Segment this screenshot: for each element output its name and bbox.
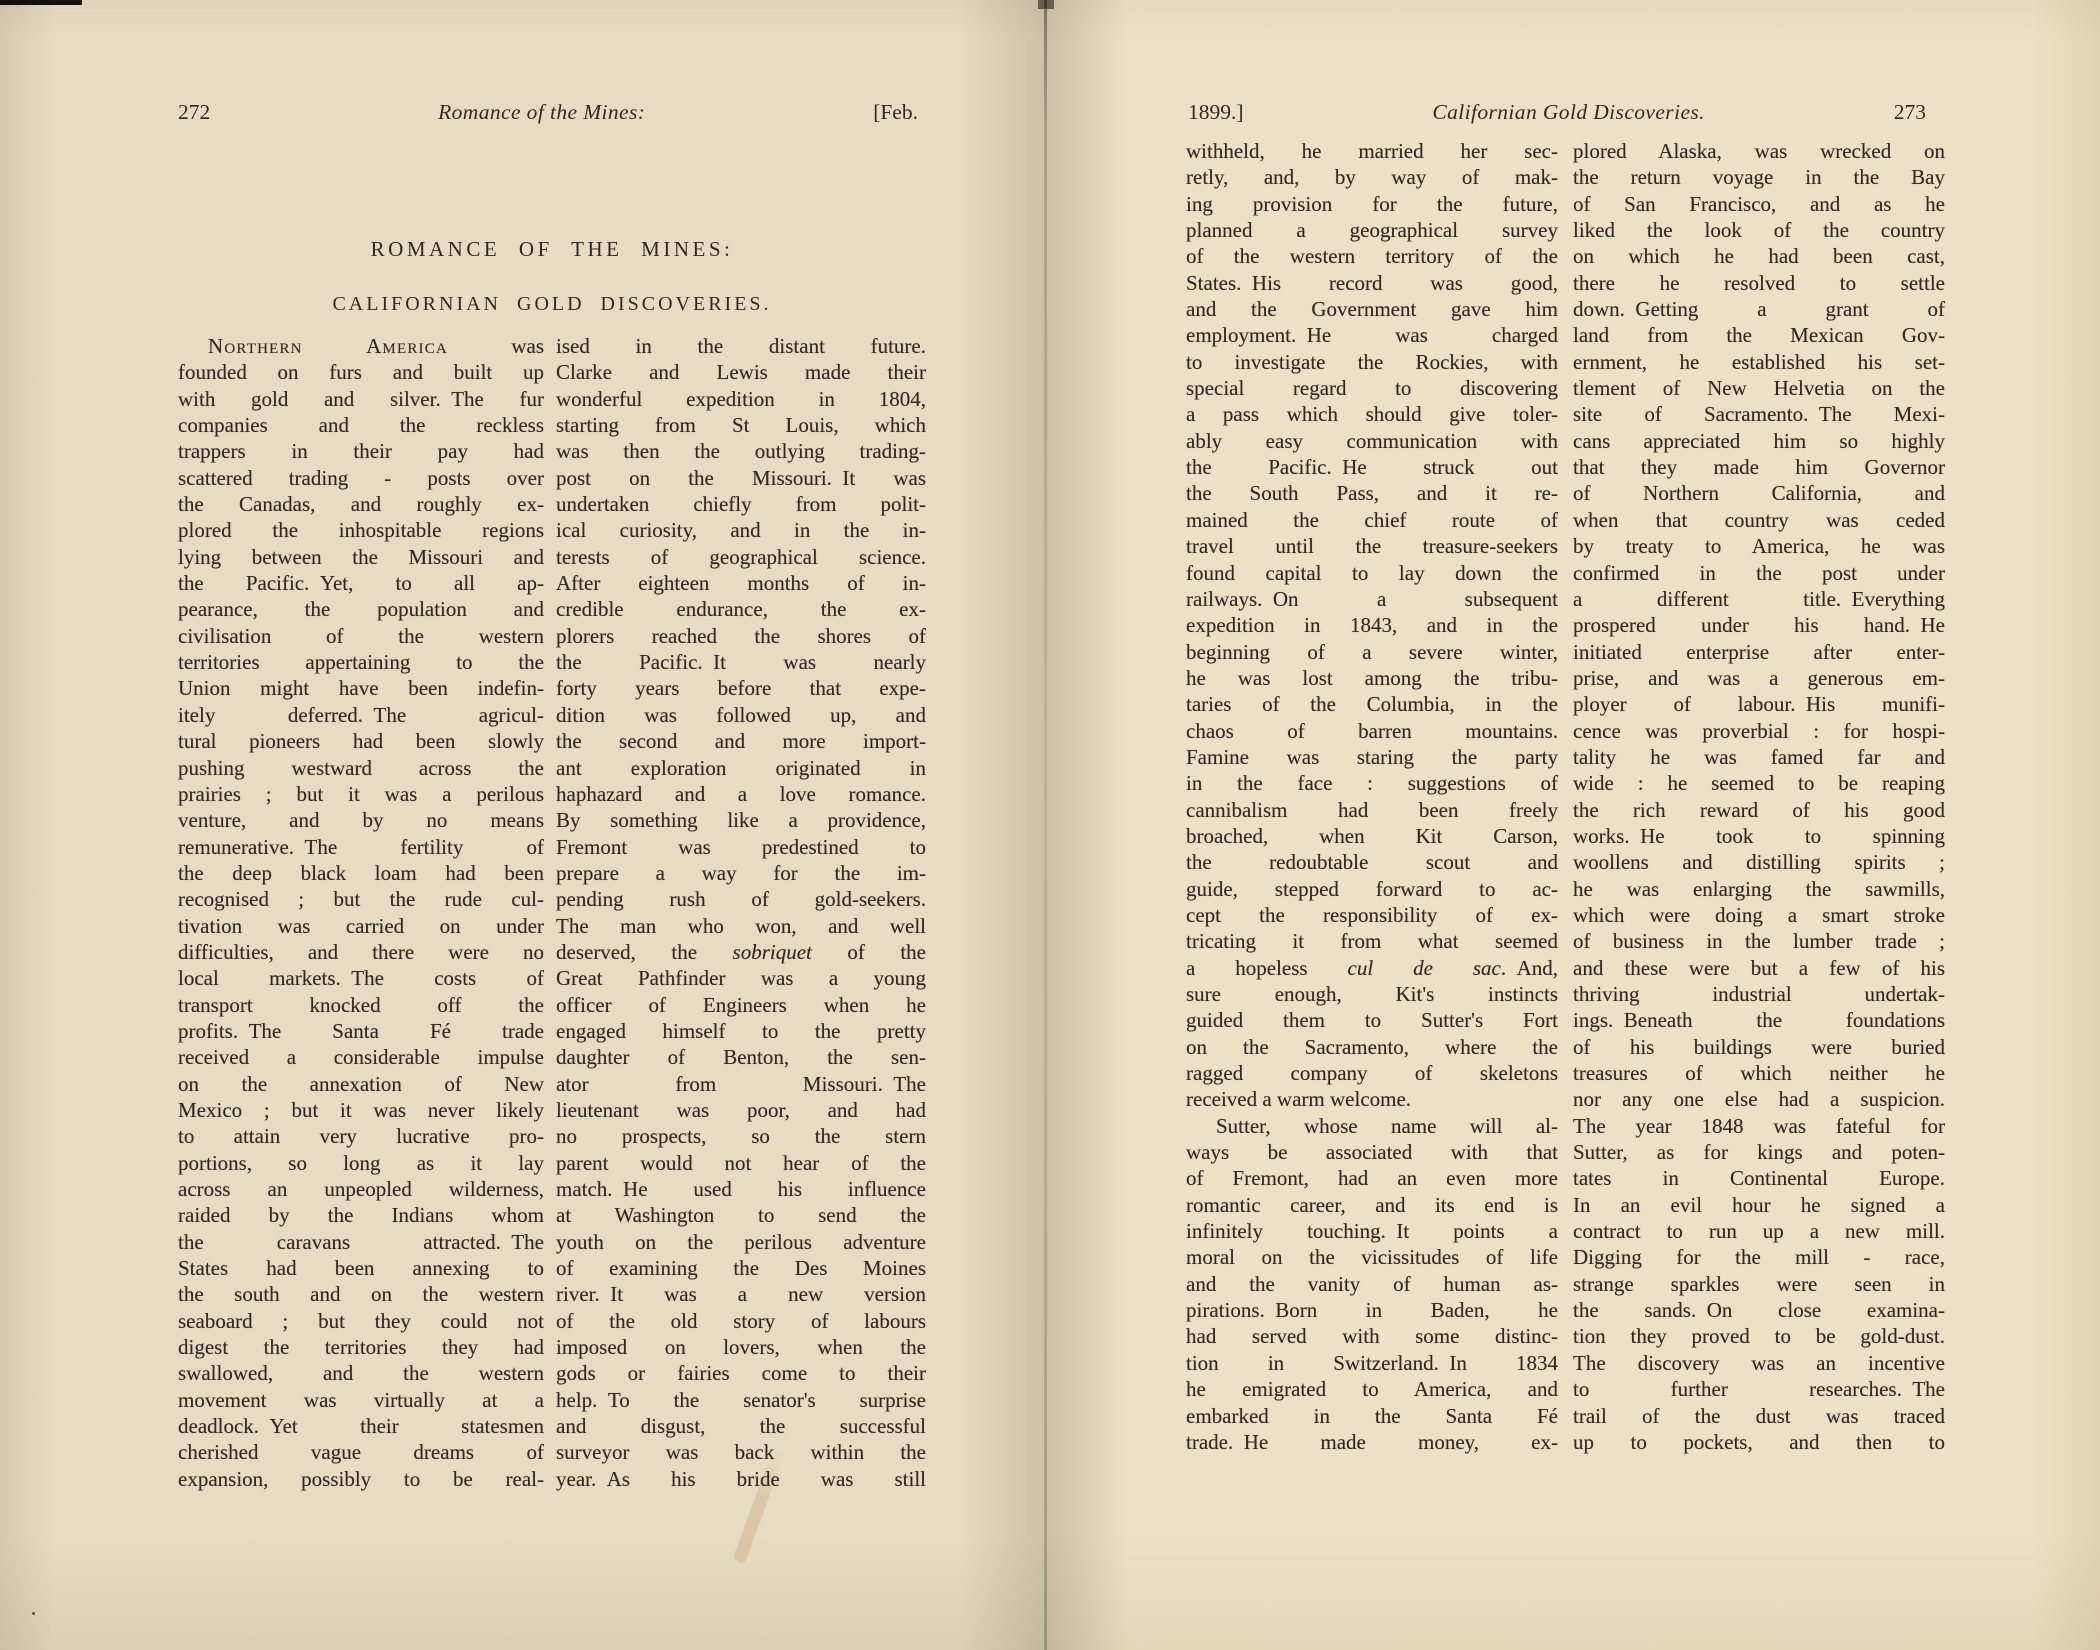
text-line: youth on the perilous adventure bbox=[556, 1229, 926, 1255]
text-line: ised in the distant future. bbox=[556, 333, 926, 359]
text-line: was then the outlying trading- bbox=[556, 438, 926, 464]
text-line: gods or fairies come to their bbox=[556, 1360, 926, 1386]
text-line: a hopeless cul de sac. And, bbox=[1186, 955, 1558, 981]
text-line: ways be associated with that bbox=[1186, 1139, 1558, 1165]
text-line: mained the chief route of bbox=[1186, 507, 1558, 533]
text-line: beginning of a severe winter, bbox=[1186, 639, 1558, 665]
text-line: the south and on the western bbox=[178, 1281, 544, 1307]
text-line: contract to run up a new mill. bbox=[1573, 1218, 1945, 1244]
text-line: Clarke and Lewis made their bbox=[556, 359, 926, 385]
text-line: nor any one else had a suspicion. bbox=[1573, 1086, 1945, 1112]
year-marker: 1899.] bbox=[1188, 100, 1244, 125]
text-line: and these were but a few of his bbox=[1573, 955, 1945, 981]
text-line: on the Sacramento, where the bbox=[1186, 1034, 1558, 1060]
text-line: of his buildings were buried bbox=[1573, 1034, 1945, 1060]
text-line: of Fremont, had an even more bbox=[1186, 1165, 1558, 1191]
text-line: of the western territory of the bbox=[1186, 243, 1558, 269]
text-line: year. As his bride was still bbox=[556, 1466, 926, 1492]
right-page-column-1: withheld, he married her sec-retly, and,… bbox=[1186, 138, 1558, 1455]
text-line: received a warm welcome. bbox=[1186, 1086, 1558, 1112]
text-line: with gold and silver. The fur bbox=[178, 386, 544, 412]
text-line: ant exploration originated in bbox=[556, 755, 926, 781]
text-line: movement was virtually at a bbox=[178, 1387, 544, 1413]
text-line: liked the look of the country bbox=[1573, 217, 1945, 243]
text-line: that they made him Governor bbox=[1573, 454, 1945, 480]
left-page-column-1: Northern America wasfounded on furs and … bbox=[178, 333, 544, 1492]
text-line: cherished vague dreams of bbox=[178, 1439, 544, 1465]
text-line: tural pioneers had been slowly bbox=[178, 728, 544, 754]
text-line: territories appertaining to the bbox=[178, 649, 544, 675]
text-line: Sutter, whose name will al- bbox=[1186, 1113, 1558, 1139]
text-line: infinitely touching. It points a bbox=[1186, 1218, 1558, 1244]
text-line: the Pacific. Yet, to all ap- bbox=[178, 570, 544, 596]
text-line: which were doing a smart stroke bbox=[1573, 902, 1945, 928]
text-line: trade. He made money, ex- bbox=[1186, 1429, 1558, 1455]
text-line: cannibalism had been freely bbox=[1186, 797, 1558, 823]
text-line: there he resolved to settle bbox=[1573, 270, 1945, 296]
text-line: thriving industrial undertak- bbox=[1573, 981, 1945, 1007]
text-line: difficulties, and there were no bbox=[178, 939, 544, 965]
text-line: by treaty to America, he was bbox=[1573, 533, 1945, 559]
text-line: embarked in the Santa Fé bbox=[1186, 1403, 1558, 1429]
text-line: tivation was carried on under bbox=[178, 913, 544, 939]
text-line: the second and more import- bbox=[556, 728, 926, 754]
text-line: raided by the Indians whom bbox=[178, 1202, 544, 1228]
text-line: wonderful expedition in 1804, bbox=[556, 386, 926, 412]
text-line: seaboard ; but they could not bbox=[178, 1308, 544, 1334]
right-running-head: 1899.] Californian Gold Discoveries. 273 bbox=[1188, 100, 1926, 125]
text-line: and disgust, the successful bbox=[556, 1413, 926, 1439]
text-line: special regard to discovering bbox=[1186, 375, 1558, 401]
text-line: ernment, he established his set- bbox=[1573, 349, 1945, 375]
text-line: a different title. Everything bbox=[1573, 586, 1945, 612]
text-line: he was enlarging the sawmills, bbox=[1573, 876, 1945, 902]
page-number: 273 bbox=[1894, 100, 1926, 125]
text-line: Sutter, as for kings and poten- bbox=[1573, 1139, 1945, 1165]
text-line: haphazard and a love romance. bbox=[556, 781, 926, 807]
text-line: wide : he seemed to be reaping bbox=[1573, 770, 1945, 796]
book-gutter-crease bbox=[1044, 0, 1047, 1650]
page-number: 272 bbox=[178, 100, 210, 125]
text-line: tality he was famed far and bbox=[1573, 744, 1945, 770]
text-line: starting from St Louis, which bbox=[556, 412, 926, 438]
text-line: Famine was staring the party bbox=[1186, 744, 1558, 770]
text-line: planned a geographical survey bbox=[1186, 217, 1558, 243]
text-line: The year 1848 was fateful for bbox=[1573, 1113, 1945, 1139]
text-line: of examining the Des Moines bbox=[556, 1255, 926, 1281]
text-line: plorers reached the shores of bbox=[556, 623, 926, 649]
text-line: and the Government gave him bbox=[1186, 296, 1558, 322]
text-line: a pass which should give toler- bbox=[1186, 401, 1558, 427]
text-line: up to pockets, and then to bbox=[1573, 1429, 1945, 1455]
text-line: found capital to lay down the bbox=[1186, 560, 1558, 586]
text-line: pushing westward across the bbox=[178, 755, 544, 781]
text-line: cence was proverbial : for hospi- bbox=[1573, 718, 1945, 744]
text-line: The man who won, and well bbox=[556, 913, 926, 939]
text-line: pirations. Born in Baden, he bbox=[1186, 1297, 1558, 1323]
text-line: credible endurance, the ex- bbox=[556, 596, 926, 622]
text-line: ragged company of skeletons bbox=[1186, 1060, 1558, 1086]
text-line: of the old story of labours bbox=[556, 1308, 926, 1334]
text-line: pearance, the population and bbox=[178, 596, 544, 622]
text-line: the Pacific. It was nearly bbox=[556, 649, 926, 675]
text-line: guide, stepped forward to ac- bbox=[1186, 876, 1558, 902]
text-line: the rich reward of his good bbox=[1573, 797, 1945, 823]
text-line: parent would not hear of the bbox=[556, 1150, 926, 1176]
text-line: prospered under his hand. He bbox=[1573, 612, 1945, 638]
book-scan-spread: { "colors": { "paper_left": "#e6dcc3", "… bbox=[0, 0, 2100, 1650]
text-line: woollens and distilling spirits ; bbox=[1573, 849, 1945, 875]
text-line: guided them to Sutter's Fort bbox=[1186, 1007, 1558, 1033]
text-line: scattered trading - posts over bbox=[178, 465, 544, 491]
text-line: the deep black loam had been bbox=[178, 860, 544, 886]
text-line: match. He used his influence bbox=[556, 1176, 926, 1202]
text-line: the redoubtable scout and bbox=[1186, 849, 1558, 875]
text-line: In an evil hour he signed a bbox=[1573, 1192, 1945, 1218]
text-line: to attain very lucrative pro- bbox=[178, 1123, 544, 1149]
text-line: prepare a way for the im- bbox=[556, 860, 926, 886]
text-line: he was lost among the tribu- bbox=[1186, 665, 1558, 691]
text-line: in the face : suggestions of bbox=[1186, 770, 1558, 796]
text-line: States. His record was good, bbox=[1186, 270, 1558, 296]
text-line: tion in Switzerland. In 1834 bbox=[1186, 1350, 1558, 1376]
text-line: tates in Continental Europe. bbox=[1573, 1165, 1945, 1191]
paper-speck bbox=[32, 1612, 35, 1615]
text-line: terests of geographical science. bbox=[556, 544, 926, 570]
text-line: the Canadas, and roughly ex- bbox=[178, 491, 544, 517]
text-line: civilisation of the western bbox=[178, 623, 544, 649]
text-line: companies and the reckless bbox=[178, 412, 544, 438]
text-line: land from the Mexican Gov- bbox=[1573, 322, 1945, 348]
text-line: on which he had been cast, bbox=[1573, 243, 1945, 269]
text-line: prise, and was a generous em- bbox=[1573, 665, 1945, 691]
text-line: travel until the treasure-seekers bbox=[1186, 533, 1558, 559]
text-line: ical curiosity, and in the in- bbox=[556, 517, 926, 543]
text-line: portions, so long as it lay bbox=[178, 1150, 544, 1176]
text-line: ing provision for the future, bbox=[1186, 191, 1558, 217]
article-subtitle: CALIFORNIAN GOLD DISCOVERIES. bbox=[178, 293, 926, 316]
text-line: help. To the senator's surprise bbox=[556, 1387, 926, 1413]
text-line: post on the Missouri. It was bbox=[556, 465, 926, 491]
text-line: moral on the vicissitudes of life bbox=[1186, 1244, 1558, 1270]
text-line: lying between the Missouri and bbox=[178, 544, 544, 570]
text-line: transport knocked off the bbox=[178, 992, 544, 1018]
text-line: venture, and by no means bbox=[178, 807, 544, 833]
text-line: the return voyage in the Bay bbox=[1573, 164, 1945, 190]
issue-marker: [Feb. bbox=[873, 100, 918, 125]
text-line: officer of Engineers when he bbox=[556, 992, 926, 1018]
text-line: railways. On a subsequent bbox=[1186, 586, 1558, 612]
right-page-column-2: plored Alaska, was wrecked onthe return … bbox=[1573, 138, 1945, 1455]
text-line: swallowed, and the western bbox=[178, 1360, 544, 1386]
text-line: daughter of Benton, the sen- bbox=[556, 1044, 926, 1070]
text-line: profits. The Santa Fé trade bbox=[178, 1018, 544, 1044]
left-page-column-2: ised in the distant future.Clarke and Le… bbox=[556, 333, 926, 1492]
text-line: recognised ; but the rude cul- bbox=[178, 886, 544, 912]
text-line: Great Pathfinder was a young bbox=[556, 965, 926, 991]
text-line: of San Francisco, and as he bbox=[1573, 191, 1945, 217]
text-line: Mexico ; but it was never likely bbox=[178, 1097, 544, 1123]
text-line: chaos of barren mountains. bbox=[1186, 718, 1558, 744]
text-line: at Washington to send the bbox=[556, 1202, 926, 1228]
text-line: surveyor was back within the bbox=[556, 1439, 926, 1465]
text-line: itely deferred. The agricul- bbox=[178, 702, 544, 728]
text-line: sure enough, Kit's instincts bbox=[1186, 981, 1558, 1007]
text-line: ployer of labour. His munifi- bbox=[1573, 691, 1945, 717]
text-line: across an unpeopled wilderness, bbox=[178, 1176, 544, 1202]
text-line: confirmed in the post under bbox=[1573, 560, 1945, 586]
text-line: prairies ; but it was a perilous bbox=[178, 781, 544, 807]
text-line: Fremont was predestined to bbox=[556, 834, 926, 860]
text-line: had served with some distinc- bbox=[1186, 1323, 1558, 1349]
text-line: undertaken chiefly from polit- bbox=[556, 491, 926, 517]
text-line: trappers in their pay had bbox=[178, 438, 544, 464]
text-line: expansion, possibly to be real- bbox=[178, 1466, 544, 1492]
text-line: works. He took to spinning bbox=[1573, 823, 1945, 849]
text-line: tion they proved to be gold-dust. bbox=[1573, 1323, 1945, 1349]
text-line: the Pacific. He struck out bbox=[1186, 454, 1558, 480]
text-line: imposed on lovers, when the bbox=[556, 1334, 926, 1360]
text-line: withheld, he married her sec- bbox=[1186, 138, 1558, 164]
text-line: to further researches. The bbox=[1573, 1376, 1945, 1402]
text-line: deadlock. Yet their statesmen bbox=[178, 1413, 544, 1439]
text-line: treasures of which neither he bbox=[1573, 1060, 1945, 1086]
text-line: on the annexation of New bbox=[178, 1071, 544, 1097]
text-line: ably easy communication with bbox=[1186, 428, 1558, 454]
text-line: founded on furs and built up bbox=[178, 359, 544, 385]
running-title: Romance of the Mines: bbox=[438, 100, 645, 125]
text-line: to investigate the Rockies, with bbox=[1186, 349, 1558, 375]
text-line: The discovery was an incentive bbox=[1573, 1350, 1945, 1376]
text-line: trail of the dust was traced bbox=[1573, 1403, 1945, 1429]
text-line: no prospects, so the stern bbox=[556, 1123, 926, 1149]
running-title: Californian Gold Discoveries. bbox=[1432, 100, 1705, 125]
text-line: site of Sacramento. The Mexi- bbox=[1573, 401, 1945, 427]
text-line: down. Getting a grant of bbox=[1573, 296, 1945, 322]
text-line: forty years before that expe- bbox=[556, 675, 926, 701]
text-line: the sands. On close examina- bbox=[1573, 1297, 1945, 1323]
text-line: when that country was ceded bbox=[1573, 507, 1945, 533]
text-line: received a considerable impulse bbox=[178, 1044, 544, 1070]
text-line: lieutenant was poor, and had bbox=[556, 1097, 926, 1123]
text-line: deserved, the sobriquet of the bbox=[556, 939, 926, 965]
text-line: Digging for the mill - race, bbox=[1573, 1244, 1945, 1270]
text-line: plored the inhospitable regions bbox=[178, 517, 544, 543]
text-line: ator from Missouri. The bbox=[556, 1071, 926, 1097]
text-line: tlement of New Helvetia on the bbox=[1573, 375, 1945, 401]
text-line: he emigrated to America, and bbox=[1186, 1376, 1558, 1402]
text-line: pending rush of gold-seekers. bbox=[556, 886, 926, 912]
text-line: After eighteen months of in- bbox=[556, 570, 926, 596]
scan-edge-mark bbox=[0, 0, 82, 5]
text-line: cans appreciated him so highly bbox=[1573, 428, 1945, 454]
text-line: dition was followed up, and bbox=[556, 702, 926, 728]
left-running-head: 272 Romance of the Mines: [Feb. bbox=[178, 100, 918, 125]
text-line: of business in the lumber trade ; bbox=[1573, 928, 1945, 954]
text-line: of Northern California, and bbox=[1573, 480, 1945, 506]
text-line: local markets. The costs of bbox=[178, 965, 544, 991]
text-line: Northern America was bbox=[178, 333, 544, 359]
text-line: tricating it from what seemed bbox=[1186, 928, 1558, 954]
text-line: cept the responsibility of ex- bbox=[1186, 902, 1558, 928]
text-line: river. It was a new version bbox=[556, 1281, 926, 1307]
text-line: ings. Beneath the foundations bbox=[1573, 1007, 1945, 1033]
text-line: romantic career, and its end is bbox=[1186, 1192, 1558, 1218]
text-line: digest the territories they had bbox=[178, 1334, 544, 1360]
text-line: strange sparkles were seen in bbox=[1573, 1271, 1945, 1297]
text-line: the South Pass, and it re- bbox=[1186, 480, 1558, 506]
text-line: taries of the Columbia, in the bbox=[1186, 691, 1558, 717]
text-line: remunerative. The fertility of bbox=[178, 834, 544, 860]
text-line: and the vanity of human as- bbox=[1186, 1271, 1558, 1297]
article-title: ROMANCE OF THE MINES: bbox=[178, 237, 926, 262]
text-line: initiated enterprise after enter- bbox=[1573, 639, 1945, 665]
text-line: engaged himself to the pretty bbox=[556, 1018, 926, 1044]
text-line: By something like a providence, bbox=[556, 807, 926, 833]
text-line: employment. He was charged bbox=[1186, 322, 1558, 348]
scan-edge-mark bbox=[1038, 0, 1054, 9]
text-line: Union might have been indefin- bbox=[178, 675, 544, 701]
text-line: plored Alaska, was wrecked on bbox=[1573, 138, 1945, 164]
text-line: States had been annexing to bbox=[178, 1255, 544, 1281]
text-line: broached, when Kit Carson, bbox=[1186, 823, 1558, 849]
text-line: expedition in 1843, and in the bbox=[1186, 612, 1558, 638]
text-line: retly, and, by way of mak- bbox=[1186, 164, 1558, 190]
text-line: the caravans attracted. The bbox=[178, 1229, 544, 1255]
